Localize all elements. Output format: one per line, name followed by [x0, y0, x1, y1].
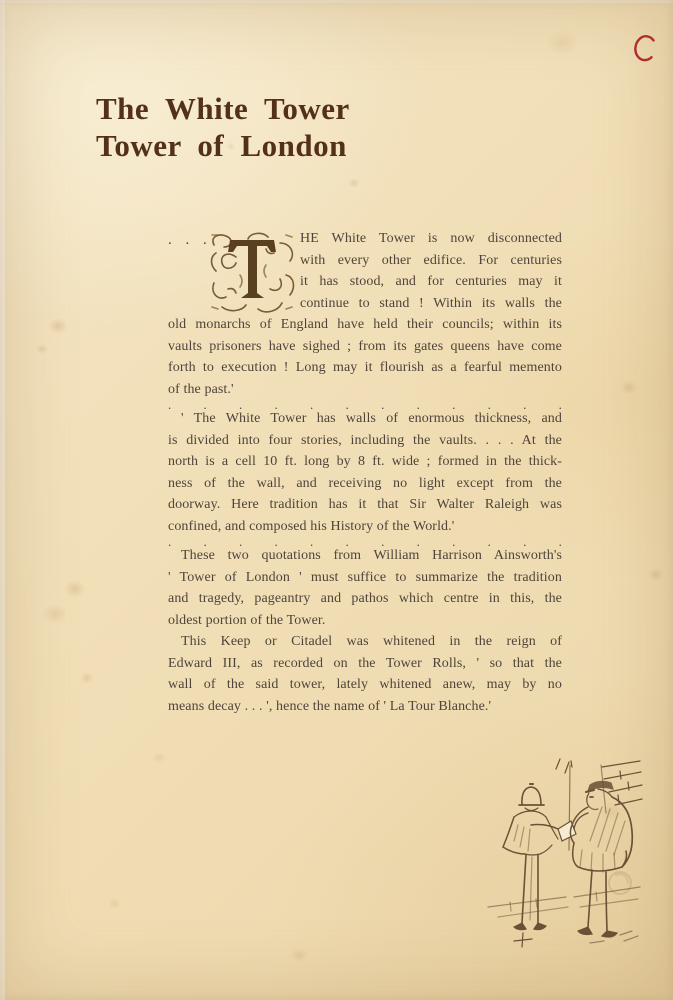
text-line: This Keep or Citadel was whitened in the…: [168, 631, 562, 653]
text-line: forth to execution ! Long may it flouris…: [168, 357, 562, 379]
page-title: The White Tower Tower of London: [96, 90, 350, 164]
foxing-spot: [64, 580, 86, 598]
foxing-spot: [48, 318, 68, 334]
text-line: is divided into four stories, including …: [168, 430, 562, 452]
foxing-spot: [80, 672, 94, 684]
title-line-1: The White Tower: [96, 90, 350, 127]
text-line: doorway. Here tradition has it that Sir …: [168, 494, 562, 516]
paragraph-4-last-line: means decay . . . ', hence the name of '…: [168, 696, 562, 718]
paragraph-3-lines: These two quotations from William Harris…: [168, 545, 562, 610]
red-crayon-mark: [627, 28, 663, 69]
foxing-spot: [42, 604, 68, 624]
text-line: vaults prisoners have sighed ; from its …: [168, 336, 562, 358]
foxing-spot: [290, 948, 308, 962]
dotted-divider: . . . . . . . . . . . .: [168, 537, 562, 545]
paragraph-4-lines: This Keep or Citadel was whitened in the…: [168, 631, 562, 696]
foxing-spot: [36, 344, 48, 354]
ornamental-initial-t-icon: [208, 231, 296, 313]
text-line: ' Tower of London ' must suffice to summ…: [168, 567, 562, 589]
book-page: The White Tower Tower of London . . .: [0, 0, 673, 1000]
foxing-spot: [152, 752, 166, 763]
text-line: ' The White Tower has walls of enormous …: [168, 408, 562, 430]
text-line: with every other edifice. For centuries: [300, 250, 562, 272]
paragraph-1-dropcap-lines: HE White Tower is now disconnectedwith e…: [300, 228, 562, 314]
foxing-spot: [648, 568, 664, 581]
page-edge-left: [0, 0, 5, 1000]
dropcap-block: . . .: [168, 228, 298, 314]
text-line: north is a cell 10 ft. long by 8 ft. wid…: [168, 451, 562, 473]
text-line: wall of the said tower, lately whitened …: [168, 674, 562, 696]
text-line: old monarchs of England have held their …: [168, 314, 562, 336]
foxing-spot: [108, 898, 121, 909]
text-block: . . .: [168, 228, 562, 717]
foxing-spot: [620, 380, 638, 395]
text-line: Edward III, as recorded on the Tower Rol…: [168, 653, 562, 675]
text-line: it has stood, and for centuries may it: [300, 271, 562, 293]
text-line: HE White Tower is now disconnected: [300, 228, 562, 250]
foxing-spot: [545, 30, 579, 56]
title-line-2: Tower of London: [96, 127, 350, 164]
lead-ellipsis: . . .: [168, 230, 212, 252]
foxing-spot: [348, 178, 360, 188]
paragraph-1-lines: old monarchs of England have held their …: [168, 314, 562, 379]
text-line: and tragedy, pageantry and pathos which …: [168, 588, 562, 610]
paragraph-2-lines: ' The White Tower has walls of enormous …: [168, 408, 562, 516]
text-line: These two quotations from William Harris…: [168, 545, 562, 567]
text-line: ness of the wall, and receiving no light…: [168, 473, 562, 495]
text-line: continue to stand ! Within its walls the: [300, 293, 562, 315]
dotted-divider: . . . . . . . . . . . .: [168, 400, 562, 408]
policeman-and-gentleman-sketch-illustration: [470, 755, 645, 950]
page-edge-top: [0, 0, 673, 3]
paragraph-3-last-line: oldest portion of the Tower.: [168, 610, 562, 632]
